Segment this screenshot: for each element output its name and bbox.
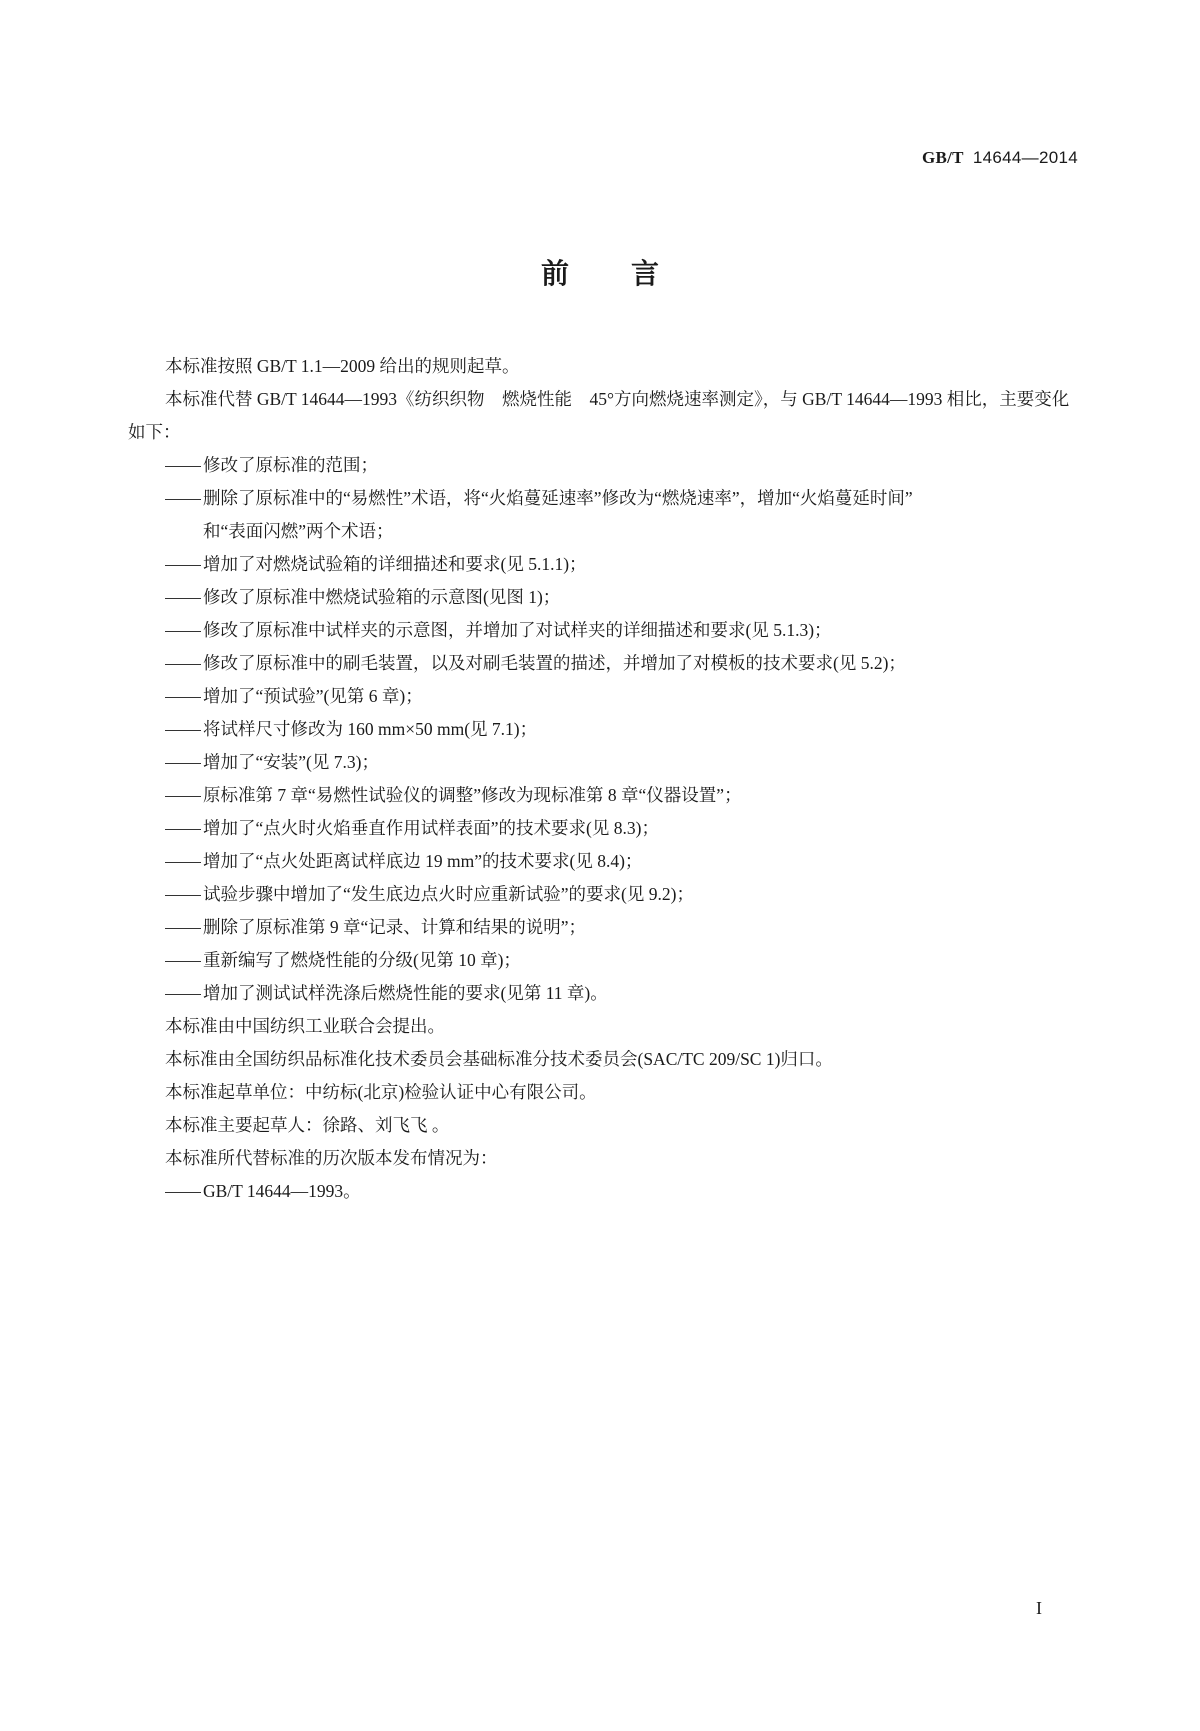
- paragraph-proposer: 本标准由中国纺织工业联合会提出。: [128, 1010, 1078, 1043]
- page-title: 前言: [0, 252, 1200, 292]
- list-item: 增加了“安装”(见 7.3)；: [128, 746, 1078, 779]
- paragraph-drafters: 本标准主要起草人：徐路、刘飞飞 。: [128, 1109, 1078, 1142]
- history-list: GB/T 14644—1993。: [128, 1175, 1078, 1208]
- dash-marker: [165, 664, 201, 665]
- dash-marker: [165, 565, 201, 566]
- dash-marker: [165, 730, 201, 731]
- paragraph-history: 本标准所代替标准的历次版本发布情况为：: [128, 1142, 1078, 1175]
- list-item: 将试样尺寸修改为 160 mm×50 mm(见 7.1)；: [128, 713, 1078, 746]
- dash-marker: [165, 598, 201, 599]
- standard-prefix: GB/T: [922, 148, 964, 167]
- list-item: 重新编写了燃烧性能的分级(见第 10 章)；: [128, 944, 1078, 977]
- paragraph-technical-committee: 本标准由全国纺织品标准化技术委员会基础标准分技术委员会(SAC/TC 209/S…: [128, 1043, 1078, 1076]
- dash-marker: [165, 796, 201, 797]
- list-item: 删除了原标准中的“易燃性”术语，将“火焰蔓延速率”修改为“燃烧速率”，增加“火焰…: [128, 482, 1078, 548]
- dash-marker: [165, 895, 201, 896]
- list-item: 修改了原标准中试样夹的示意图，并增加了对试样夹的详细描述和要求(见 5.1.3)…: [128, 614, 1078, 647]
- paragraph-drafting-unit: 本标准起草单位：中纺标(北京)检验认证中心有限公司。: [128, 1076, 1078, 1109]
- paragraph-drafting-rules: 本标准按照 GB/T 1.1—2009 给出的规则起草。: [128, 350, 1078, 383]
- list-item: 增加了“预试验”(见第 6 章)；: [128, 680, 1078, 713]
- dash-marker: [165, 961, 201, 962]
- list-item: 增加了对燃烧试验箱的详细描述和要求(见 5.1.1)；: [128, 548, 1078, 581]
- dash-marker: [165, 862, 201, 863]
- dash-marker: [165, 499, 201, 500]
- dash-marker: [165, 763, 201, 764]
- list-item: 原标准第 7 章“易燃性试验仪的调整”修改为现标准第 8 章“仪器设置”；: [128, 779, 1078, 812]
- dash-marker: [165, 928, 201, 929]
- dash-marker: [165, 466, 201, 467]
- document-body: 本标准按照 GB/T 1.1—2009 给出的规则起草。 本标准代替 GB/T …: [128, 350, 1078, 1208]
- list-item: 修改了原标准中的刷毛装置，以及对刷毛装置的描述，并增加了对模板的技术要求(见 5…: [128, 647, 1078, 680]
- dash-marker: [165, 697, 201, 698]
- list-item: GB/T 14644—1993。: [128, 1175, 1078, 1208]
- dash-marker: [165, 829, 201, 830]
- dash-marker: [165, 1192, 201, 1193]
- dash-marker: [165, 631, 201, 632]
- page-number: I: [1036, 1598, 1042, 1619]
- list-item: 修改了原标准的范围；: [128, 449, 1078, 482]
- dash-marker: [165, 994, 201, 995]
- list-item: 增加了“点火时火焰垂直作用试样表面”的技术要求(见 8.3)；: [128, 812, 1078, 845]
- standard-code: GB/T 14644—2014: [922, 148, 1078, 168]
- standard-number: 14644—2014: [973, 148, 1078, 167]
- list-item: 试验步骤中增加了“发生底边点火时应重新试验”的要求(见 9.2)；: [128, 878, 1078, 911]
- list-item: 增加了测试试样洗涤后燃烧性能的要求(见第 11 章)。: [128, 977, 1078, 1010]
- list-item: 删除了原标准第 9 章“记录、计算和结果的说明”；: [128, 911, 1078, 944]
- list-item: 增加了“点火处距离试样底边 19 mm”的技术要求(见 8.4)；: [128, 845, 1078, 878]
- list-item: 修改了原标准中燃烧试验箱的示意图(见图 1)；: [128, 581, 1078, 614]
- changes-list: 修改了原标准的范围； 删除了原标准中的“易燃性”术语，将“火焰蔓延速率”修改为“…: [128, 449, 1078, 1010]
- paragraph-replaces: 本标准代替 GB/T 14644—1993《纺织织物 燃烧性能 45°方向燃烧速…: [128, 383, 1078, 449]
